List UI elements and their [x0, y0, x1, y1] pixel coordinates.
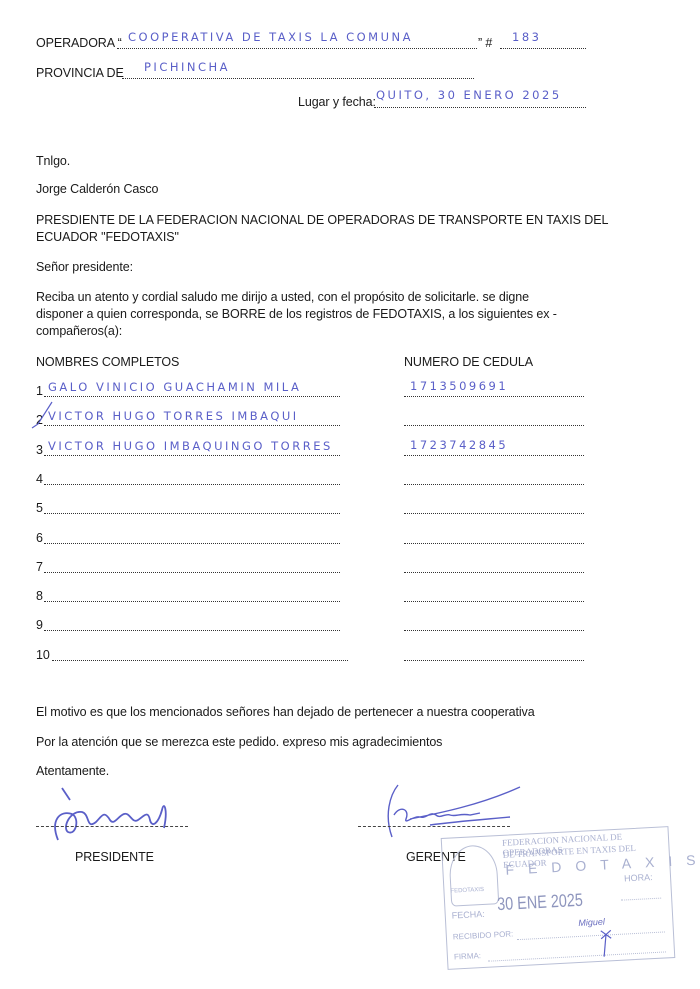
name-line [44, 396, 340, 397]
cedula-field[interactable]: 1723742845 [410, 438, 508, 452]
cedula-line [404, 513, 584, 514]
manager-signature-line [358, 826, 510, 827]
thanks-text: Por la atención que se merezca este pedi… [36, 735, 442, 749]
lugar-fecha-line [374, 107, 586, 108]
provincia-line [122, 78, 474, 79]
cedula-line [404, 396, 584, 397]
stamp-recibido-label: RECIBIDO POR: [453, 929, 514, 941]
column-header-names: NOMBRES COMPLETOS [36, 355, 179, 369]
name-line [44, 572, 340, 573]
name-line [44, 513, 340, 514]
cedula-line [404, 630, 584, 631]
provincia-value[interactable]: PICHINCHA [144, 60, 230, 74]
operadora-line [117, 48, 477, 49]
name-line [44, 484, 340, 485]
stamp-hora-line [621, 898, 661, 901]
provincia-label: PROVINCIA DE [36, 66, 124, 80]
stamp-recibido-line [517, 931, 665, 940]
name-field[interactable]: VICTOR HUGO IMBAQUINGO TORRES [48, 439, 333, 453]
request-line1: Reciba un atento y cordial saludo me dir… [36, 290, 529, 304]
cedula-line [404, 660, 584, 661]
cedula-field[interactable]: 1713509691 [410, 379, 508, 393]
cedula-line [404, 425, 584, 426]
cedula-line [404, 484, 584, 485]
stamp-firma-mark [597, 926, 619, 959]
name-field[interactable]: GALO VINICIO GUACHAMIN MILA [48, 380, 301, 394]
lugar-fecha-label: Lugar y fecha: [298, 95, 376, 109]
row-number: 5 [36, 501, 43, 515]
operadora-value[interactable]: COOPERATIVA DE TAXIS LA COMUNA [128, 30, 413, 44]
cedula-line [404, 601, 584, 602]
row-number: 7 [36, 560, 43, 574]
addressee-position-line2: ECUADOR "FEDOTAXIS" [36, 230, 179, 244]
operadora-number-value[interactable]: 183 [512, 30, 541, 44]
addressee-title: Tnlgo. [36, 154, 70, 168]
row-number: 1 [36, 384, 43, 398]
stamp-firma-line [488, 951, 666, 961]
row-number: 10 [36, 648, 50, 662]
row-number: 8 [36, 589, 43, 603]
name-line [44, 543, 340, 544]
addressee-name: Jorge Calderón Casco [36, 182, 158, 196]
name-line [44, 601, 340, 602]
fedotaxis-received-stamp: FEDOTAXIS FEDERACION NACIONAL DE OPERADO… [441, 826, 676, 970]
name-line [44, 425, 340, 426]
strike-mark-icon [30, 400, 56, 430]
motive-text: El motivo es que los mencionados señores… [36, 705, 535, 719]
name-field[interactable]: VICTOR HUGO TORRES IMBAQUI [48, 409, 299, 423]
stamp-hora-label: HORA: [624, 872, 653, 883]
operadora-label: OPERADORA “ [36, 36, 122, 50]
cedula-line [404, 543, 584, 544]
row-number: 6 [36, 531, 43, 545]
number-line [500, 48, 586, 49]
operadora-close-label: ” # [478, 36, 492, 50]
column-header-cedula: NUMERO DE CEDULA [404, 355, 533, 369]
stamp-fecha-label: FECHA: [452, 909, 485, 921]
cedula-line [404, 455, 584, 456]
president-label: PRESIDENTE [75, 850, 154, 864]
stamp-date: 30 ENE 2025 [497, 890, 584, 915]
cedula-line [404, 572, 584, 573]
request-line3: compañeros(a): [36, 324, 122, 338]
name-line [44, 630, 340, 631]
row-number: 4 [36, 472, 43, 486]
name-line [52, 660, 348, 661]
president-signature [40, 780, 190, 850]
request-line2: disponer a quien corresponda, se BORRE d… [36, 307, 557, 321]
lugar-fecha-value[interactable]: QUITO, 30 ENERO 2025 [376, 88, 562, 102]
salutation: Señor presidente: [36, 260, 133, 274]
regards-text: Atentamente. [36, 764, 109, 778]
fedotaxis-emblem-icon [448, 844, 499, 906]
stamp-firma-label: FIRMA: [454, 951, 482, 961]
president-signature-line [36, 826, 188, 827]
name-line [44, 455, 340, 456]
addressee-position-line1: PRESDIENTE DE LA FEDERACION NACIONAL DE … [36, 213, 608, 227]
row-number: 3 [36, 443, 43, 457]
row-number: 9 [36, 618, 43, 632]
